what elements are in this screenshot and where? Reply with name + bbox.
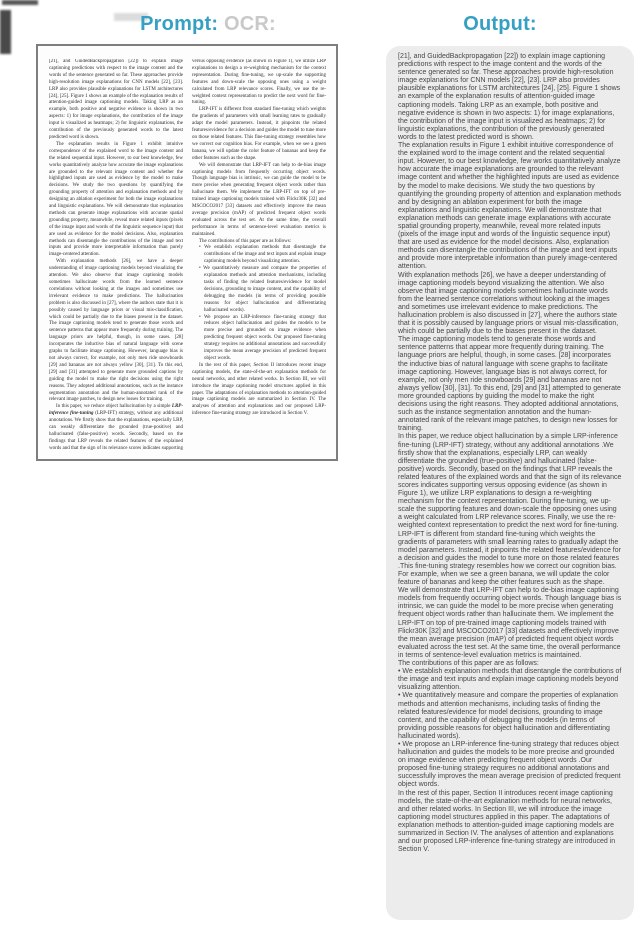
prompt-task-label: OCR: bbox=[224, 13, 276, 35]
scan-text-run: In this paper, we reduce object hallucin… bbox=[56, 404, 172, 409]
ocr-output-box: [21], and GuidedBackpropagation [22]) to… bbox=[386, 46, 634, 920]
document-scan-box: [21], and GuidedBackpropagation [22]) to… bbox=[36, 44, 338, 461]
ocr-paragraph: The image captioning models tend to gene… bbox=[398, 336, 622, 433]
output-header: Output: bbox=[386, 13, 614, 36]
scan-paragraph: [21], and GuidedBackpropagation [22]) to… bbox=[49, 59, 183, 142]
ocr-paragraph: We will demonstrate that LRP-IFT can hel… bbox=[398, 587, 622, 660]
scan-paragraph: With explanation methods [26], we have a… bbox=[49, 259, 183, 404]
output-label: Output: bbox=[463, 13, 537, 35]
scan-paragraph: In the rest of this paper, Section II in… bbox=[192, 363, 326, 418]
scan-bullet-item: • We establish explanation methods that … bbox=[192, 245, 326, 266]
ocr-bullet-item: • We quantitatively measure and compare … bbox=[398, 692, 622, 741]
scan-artifact-top bbox=[2, 0, 38, 5]
ocr-paragraph: The contributions of this paper are as f… bbox=[398, 660, 622, 668]
ocr-paragraph: [21], and GuidedBackpropagation [22]) to… bbox=[398, 53, 622, 142]
ocr-paragraph: In the rest of this paper, Section II in… bbox=[398, 790, 622, 855]
scan-bullet-item: • We quantitatively measure and compare … bbox=[192, 266, 326, 314]
scan-paragraph: We will demonstrate that LRP-IFT can hel… bbox=[192, 163, 326, 239]
ocr-bullet-item: • We establish explanation methods that … bbox=[398, 668, 622, 692]
ocr-paragraph: The explanation results in Figure 1 exhi… bbox=[398, 142, 622, 272]
scanned-page: [21], and GuidedBackpropagation [22]) to… bbox=[49, 59, 326, 454]
ocr-paragraph: With explanation methods [26], we have a… bbox=[398, 272, 622, 337]
scan-paragraph: The explanation results in Figure 1 exhi… bbox=[49, 142, 183, 259]
scan-bullet-item: • We propose an LRP-inference fine-tunin… bbox=[192, 315, 326, 363]
prompt-label: Prompt: bbox=[140, 13, 218, 35]
prompt-header: Prompt: OCR: bbox=[0, 13, 416, 36]
ocr-paragraph: In this paper, we reduce object hallucin… bbox=[398, 433, 622, 530]
page: Prompt: OCR: Output: [21], and GuidedBac… bbox=[0, 0, 640, 946]
scan-paragraph: LRP-IFT is different from standard fine-… bbox=[192, 107, 326, 162]
ocr-bullet-item: • We propose an LRP-inference fine-tunin… bbox=[398, 741, 622, 790]
ocr-paragraph: LRP-IFT is different from standard fine-… bbox=[398, 531, 622, 588]
scan-paragraph: The contributions of this paper are as f… bbox=[192, 239, 326, 246]
